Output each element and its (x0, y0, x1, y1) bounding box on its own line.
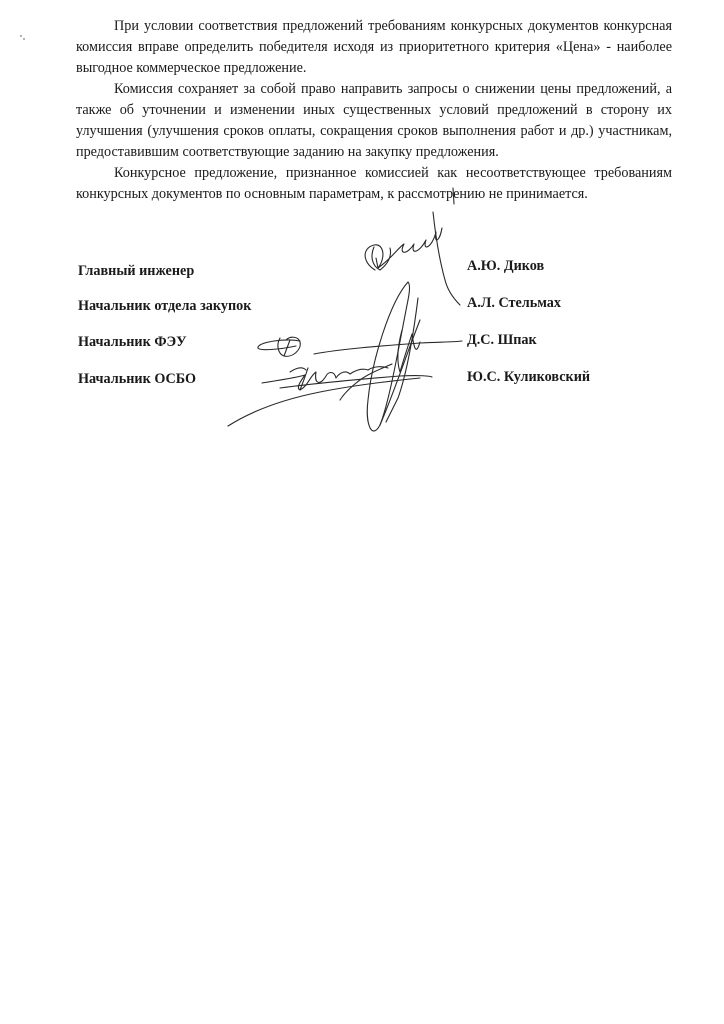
signatory-name-shpak: Д.С. Шпак (467, 332, 537, 349)
signatory-role-chief-engineer: Главный инженер (78, 263, 194, 280)
document-page: При условии соответствия предложений тре… (0, 0, 724, 1024)
signatory-role-osbo-head: Начальник ОСБО (78, 371, 196, 388)
signature-block: Главный инженер А.Ю. Диков Начальник отд… (0, 0, 724, 1024)
signatory-name-kulikovsky: Ю.С. Куликовский (467, 369, 590, 386)
signatory-role-procurement-head: Начальник отдела закупок (78, 298, 251, 315)
signatory-name-dikov: А.Ю. Диков (467, 258, 544, 275)
signatory-name-stelmakh: А.Л. Стельмах (467, 295, 561, 312)
signatory-role-feu-head: Начальник ФЭУ (78, 334, 187, 351)
